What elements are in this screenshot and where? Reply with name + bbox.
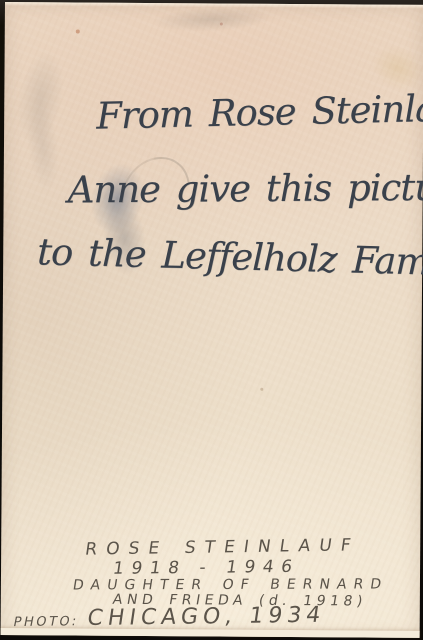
handwritten-line-from: From Rose Steinlauf — [96, 86, 423, 138]
graphite-smudge — [152, 5, 271, 34]
photo-back-scan: From Rose Steinlauf Anne give this pictu… — [0, 0, 423, 640]
paper-fleck — [260, 388, 263, 391]
photo-location-year: CHICAGO, 1934 — [86, 603, 327, 631]
pencil-caption-photo: PHOTO: CHICAGO, 1934 — [13, 603, 325, 632]
handwritten-line-family: to the Leffelholz Family — [37, 230, 423, 284]
photo-label: PHOTO: — [12, 614, 80, 630]
photo-back-paper: From Rose Steinlauf Anne give this pictu… — [1, 2, 423, 638]
graphite-smudge — [24, 99, 63, 193]
handwritten-line-give: Anne give this picture — [68, 166, 423, 212]
pencil-caption-years: 1918 - 1946 — [112, 557, 301, 579]
paper-fleck — [220, 23, 223, 26]
paper-fleck — [76, 29, 80, 33]
graphite-smudge — [10, 47, 71, 149]
pencil-caption-name: ROSE STEINLAUF — [84, 535, 361, 559]
